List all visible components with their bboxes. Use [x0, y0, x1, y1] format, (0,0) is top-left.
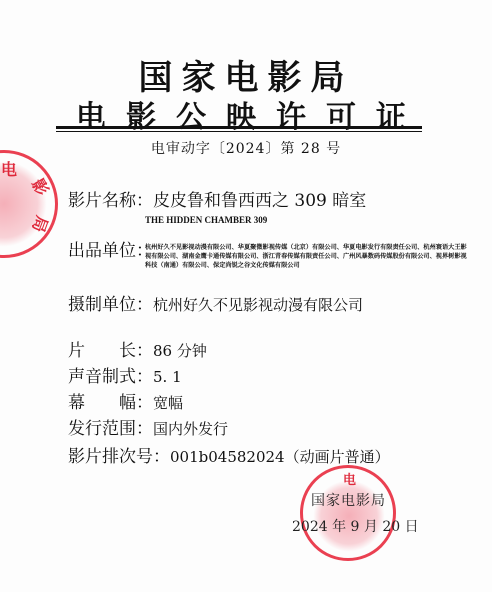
- document-title: 电影公映许可证: [0, 92, 492, 136]
- serial-label: 影片排次号：: [68, 442, 170, 467]
- sound-label: 声音制式：: [68, 362, 153, 387]
- film-name-label: 影片名称：: [68, 186, 153, 211]
- distribution-row: 发行范围： 国内外发行: [68, 414, 228, 439]
- serial-row: 影片排次号： 001b04582024（动画片普通）: [68, 442, 390, 467]
- screen-label-b: 幅：: [119, 388, 153, 413]
- producers-row: 出品单位：: [68, 236, 153, 261]
- stamp-date: 2024 年 9 月 20 日: [292, 516, 419, 536]
- film-name-row: 影片名称： 皮皮鲁和鲁西西之 309 暗室: [68, 186, 366, 211]
- length-label-a: 片: [68, 336, 119, 361]
- production-row: 摄制单位： 杭州好久不见影视动漫有限公司: [68, 290, 363, 315]
- title-rule-thick: [56, 126, 422, 129]
- left-seal: 电 影 局: [0, 150, 58, 258]
- screen-value: 宽幅: [153, 392, 183, 413]
- seal-char-top: 电: [1, 157, 17, 180]
- production-label: 摄制单位：: [68, 290, 153, 315]
- film-name-value: 皮皮鲁和鲁西西之 309 暗室: [153, 186, 366, 211]
- distribution-value: 国内外发行: [153, 418, 228, 439]
- serial-value: 001b04582024（动画片普通）: [170, 446, 390, 467]
- seal-char-top: 电: [343, 469, 356, 488]
- official-seal: 电: [300, 465, 396, 561]
- screen-label-a: 幕: [68, 388, 119, 413]
- producers-value: 杭州好久不见影视动漫有限公司、华夏聚微影视传媒（北京）有限公司、华夏电影发行有限…: [145, 243, 470, 270]
- screen-row: 幕 幅： 宽幅: [68, 388, 183, 413]
- distribution-label: 发行范围：: [68, 414, 153, 439]
- document-number: 电审动字〔2024〕第 28 号: [0, 138, 492, 158]
- film-english-name: THE HIDDEN CHAMBER 309: [145, 215, 267, 225]
- producers-label: 出品单位：: [68, 236, 153, 261]
- title-rule-thin: [56, 131, 422, 132]
- length-label-b: 长：: [119, 336, 153, 361]
- production-value: 杭州好久不见影视动漫有限公司: [153, 294, 363, 315]
- sound-value: 5. 1: [153, 368, 182, 386]
- length-value: 86 分钟: [153, 340, 207, 361]
- stamp-issuer: 国家电影局: [311, 490, 386, 510]
- length-row: 片 长： 86 分钟: [68, 336, 207, 361]
- sound-row: 声音制式： 5. 1: [68, 362, 182, 387]
